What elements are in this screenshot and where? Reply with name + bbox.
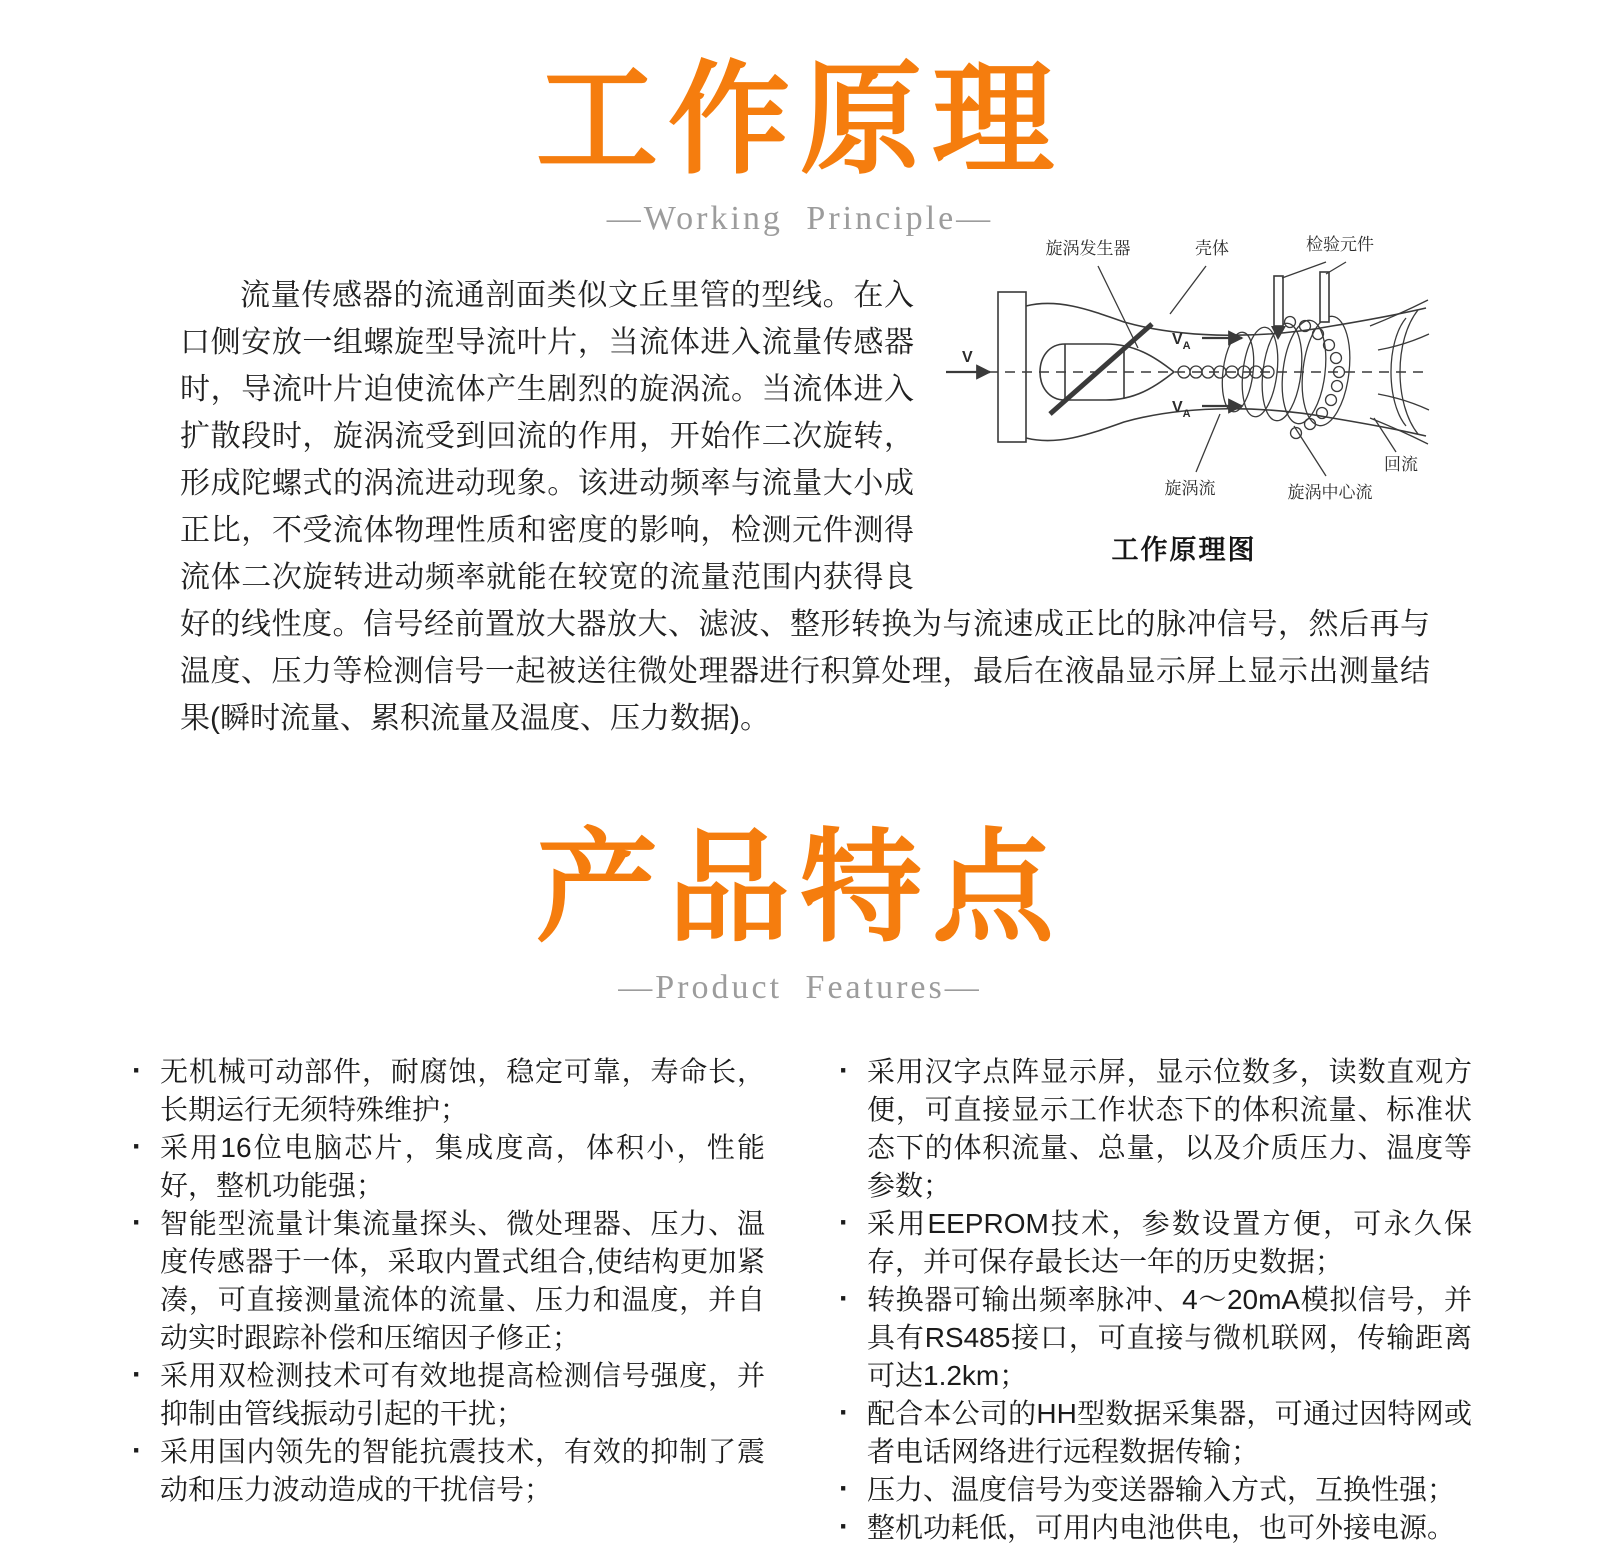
product-features-subtitle: —Product Features— [0, 969, 1600, 1007]
label-housing: 壳体 [1195, 239, 1229, 258]
section-product-features: 产品特点 —Product Features— 无机械可动部件，耐腐蚀，稳定可靠… [0, 742, 1600, 1546]
label-inlet-velocity: V [962, 349, 973, 366]
section-working-principle: 工作原理 —Working Principle— [0, 0, 1600, 742]
feature-item: 压力、温度信号为变送器输入方式，互换性强； [837, 1471, 1472, 1509]
working-principle-diagram: 旋涡发生器 壳体 检验元件 旋涡流 旋涡中心流 回流 V VA VA 工作原理图 [938, 222, 1430, 567]
feature-item: 整机功耗低，可用内电池供电，也可外接电源。 [837, 1509, 1472, 1547]
product-features-title: 产品特点 [0, 742, 1600, 958]
feature-item: 采用16位电脑芯片，集成度高，体积小，性能好，整机功能强； [130, 1129, 765, 1205]
label-leader-lines [1098, 262, 1396, 476]
feature-item: 转换器可输出频率脉冲、4～20mA模拟信号，并具有RS485接口，可直接与微机联… [837, 1281, 1472, 1395]
document-page: 工作原理 —Working Principle— [0, 0, 1600, 1568]
working-principle-content: 旋涡发生器 壳体 检验元件 旋涡流 旋涡中心流 回流 V VA VA 工作原理图… [180, 272, 1430, 742]
features-columns: 无机械可动部件，耐腐蚀，稳定可靠，寿命长，长期运行无须特殊维护； 采用16位电脑… [130, 1053, 1472, 1547]
label-swirl-flow: 旋涡流 [1165, 479, 1216, 498]
label-backflow: 回流 [1384, 455, 1418, 474]
flow-sensor-schematic: 旋涡发生器 壳体 检验元件 旋涡流 旋涡中心流 回流 V VA VA [938, 222, 1430, 522]
features-right-column: 采用汉字点阵显示屏，显示位数多，读数直观方便，可直接显示工作状态下的体积流量、标… [837, 1053, 1472, 1547]
label-swirl-generator: 旋涡发生器 [1046, 239, 1131, 258]
working-principle-title: 工作原理 [0, 0, 1600, 190]
detection-probes [1274, 272, 1329, 326]
feature-item: 采用汉字点阵显示屏，显示位数多，读数直观方便，可直接显示工作状态下的体积流量、标… [837, 1053, 1472, 1205]
va-label-bottom: VA [1172, 399, 1191, 420]
feature-item: 采用双检测技术可有效地提高检测信号强度，并抑制由管线振动引起的干扰； [130, 1357, 765, 1433]
feature-item: 配合本公司的HH型数据采集器，可通过因特网或者电话网络进行远程数据传输； [837, 1395, 1472, 1471]
label-detection-element: 检验元件 [1306, 235, 1374, 254]
feature-item: 无机械可动部件，耐腐蚀，稳定可靠，寿命长，长期运行无须特殊维护； [130, 1053, 765, 1129]
feature-item: 智能型流量计集流量探头、微处理器、压力、温度传感器于一体，采取内置式组合,使结构… [130, 1205, 765, 1357]
feature-item: 采用EEPROM技术，参数设置方便，可永久保存，并可保存最长达一年的历史数据； [837, 1205, 1472, 1281]
label-swirl-center-flow: 旋涡中心流 [1288, 483, 1373, 502]
diagram-caption: 工作原理图 [938, 528, 1430, 567]
features-left-column: 无机械可动部件，耐腐蚀，稳定可靠，寿命长，长期运行无须特殊维护； 采用16位电脑… [130, 1053, 765, 1547]
feature-item: 采用国内领先的智能抗震技术，有效的抑制了震动和压力波动造成的干扰信号； [130, 1433, 765, 1509]
